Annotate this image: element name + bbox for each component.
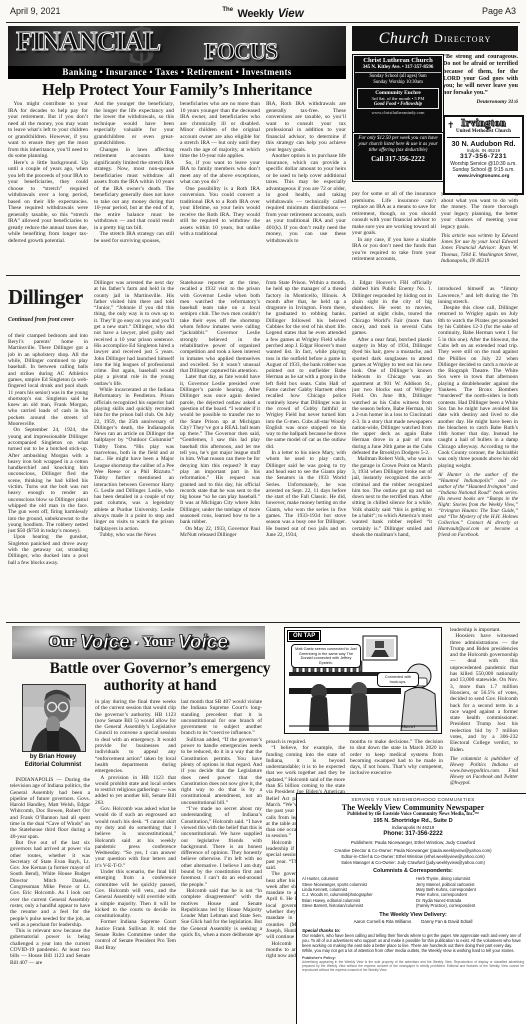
financial-article-columns: You might contribute to your IRA for dec… <box>8 101 346 271</box>
section-divider <box>6 622 520 623</box>
article-column: pay for some or all of the insurance pre… <box>352 191 436 271</box>
church-website: www.christlutheranindy.com <box>355 110 441 116</box>
article-text: introduced himself as “Jimmy Lawrence,” … <box>438 286 518 468</box>
columnists-header: Columnists & Correspondents: <box>302 868 524 875</box>
our-voice-banner: Our Voice • Your Voice <box>12 626 265 659</box>
article-column: beneficiaries who are no more than 10 ye… <box>180 101 260 271</box>
church-address: 30 N. Audubon Rd. <box>446 140 521 148</box>
article-column-first: Dillinger Continued from front cover of … <box>8 280 88 620</box>
policy-text: Advertising appearing in the Weekly View… <box>302 960 524 972</box>
church-directory-header: Church Directory <box>352 26 518 51</box>
church-phone: 317-356-7231 <box>446 153 521 161</box>
masthead-view: View <box>278 8 304 20</box>
article-column: you may want to start thinking about wha… <box>441 191 518 230</box>
newspaper-title: The Weekly View Community Newspaper <box>302 803 524 812</box>
masthead-info-box: SERVING YOUR NEIGHBORHOOD COMMUNITIES Th… <box>296 793 526 1024</box>
article-text: leadership is important. Hoosiers have w… <box>450 627 518 753</box>
article-column: And the younger the beneficiary, the lon… <box>94 101 174 271</box>
newspaper-masthead: The Weekly View <box>0 4 526 22</box>
scripture-citation: Deuteronomy 31:6 <box>443 99 518 105</box>
columnists-left: Al Hunter, columnist Steve Nicewanger, s… <box>302 876 410 908</box>
section-divider <box>6 275 520 276</box>
financial-focus-banner: FINANCIAL FOCUS <box>8 26 346 66</box>
newspaper-page: April 9, 2021 The Weekly View Page A3 FI… <box>0 0 526 1024</box>
staff-line: Sales Manager & Co-Owner: Judy Crawford … <box>302 860 524 866</box>
euchre-box: Community Euchre 3rd Sat. of the month •… <box>357 88 439 109</box>
columnist-bio: The columnist is publisher of Howey Poli… <box>450 756 518 786</box>
masthead-weekly: Weekly <box>237 8 273 20</box>
euchre-tagline: Good Food • Fellowship <box>358 102 438 108</box>
office-address: 195 N. Shortridge Rd., Suite D <box>302 818 524 825</box>
dillinger-headline: Dillinger <box>8 286 88 308</box>
banner-our: Our <box>49 634 76 651</box>
church-listing-ad: For only $12.50 per week you can have yo… <box>352 132 444 182</box>
financial-topics-bar: Banking • Insurance • Taxes • Retirement… <box>8 66 346 79</box>
thanks-text: Our readers, who have been calling and t… <box>302 933 524 953</box>
church-schedule: Sunday School @ 9:15 a.m. <box>446 167 521 173</box>
article-text: months to make decisions.” The decision … <box>350 739 443 789</box>
banner-your: Your <box>142 634 174 651</box>
christ-lutheran-ad: Christ Lutheran Church 345 N. Kitley Ave… <box>352 54 444 134</box>
delivery-name: Danny Fan & David Edsall <box>421 919 472 925</box>
voice-column: INDIANAPOLIS — During the television age… <box>10 777 90 1020</box>
article-column: IRA, Roth IRA withdrawals are generally … <box>266 101 346 271</box>
voice-column: months to make decisions.” The decision … <box>350 739 443 789</box>
columnist-photo <box>22 684 86 752</box>
publishers-line: Publishers: Paula Nicewanger, Ethel Wins… <box>302 840 524 846</box>
church-website: www.irvingtonumc.org <box>446 174 521 181</box>
brian-howey-portrait <box>23 685 85 751</box>
columnist: Steve Barnett, historian/columnist <box>302 903 410 908</box>
listing-ad-text: For only $12.50 per week you can have yo… <box>355 135 441 155</box>
byline: by Brian Howey <box>10 753 96 761</box>
photo-caption: by Brian Howey Editorial Columnist <box>10 753 96 768</box>
headline-line1: Battle over Governor’s emergency <box>10 661 310 678</box>
scripture-text: “Be strong and courageous. Do not be afr… <box>443 54 518 98</box>
cartoon-title: ON TAP <box>288 631 320 641</box>
masthead-the: The <box>222 7 233 13</box>
church-header-word1: Church <box>379 30 429 48</box>
editorial-cartoon: ON TAP Matt Gaetz seems connected to Joe… <box>284 627 442 734</box>
article-text: of their cramped bedroom and into Beryl’… <box>8 333 88 566</box>
page-number: Page A3 <box>482 6 516 16</box>
church-name: Christ Lutheran Church <box>355 57 441 65</box>
continued-from-front: Continued from front cover <box>8 317 88 324</box>
scripture-block: “Be strong and courageous. Do not be afr… <box>443 54 518 112</box>
voice-column: in play during the final three weeks of … <box>95 699 176 1020</box>
article-attribution: This article was written by Edward Jones… <box>441 233 518 264</box>
author-bio: Al Hunter is the author of the “Haunted … <box>438 472 518 538</box>
church-address: 345 N. Kitley Ave. • 317-357-8596 <box>355 65 441 74</box>
byline-title: Editorial Columnist <box>10 761 96 769</box>
article-column-last: you may want to start thinking about wha… <box>441 191 518 271</box>
article-column: J. Edgar Hoover’s FBI officially dubbed … <box>352 280 432 620</box>
header-rule <box>6 22 520 23</box>
financial-headline: Help Protect Your Family’s Inheritance <box>8 80 346 100</box>
delivery-header: The Weekly View Delivery: <box>302 912 524 919</box>
speech-bubble: Matt Gaetz seems connected to Joel Green… <box>291 644 361 668</box>
article-column-last: introduced himself as “Jimmy Lawrence,” … <box>438 280 518 620</box>
delivery-name: Aaron Cornell & Rita Williams <box>354 919 412 925</box>
banner-voice1: Voice <box>80 632 130 654</box>
dillinger-article: Dillinger Continued from front cover of … <box>8 280 518 620</box>
banner-word-focus: FOCUS <box>204 39 277 65</box>
banner-bullet: • <box>134 635 139 651</box>
banner-word-financial: FINANCIAL <box>16 26 160 57</box>
listing-ad-phone: Call 317-356-2222 <box>355 155 441 164</box>
speech-bubble: Connected with hook-ups. <box>377 672 419 687</box>
article-text: in play during the final three weeks of … <box>95 699 176 1020</box>
irvington-umc-ad: ✝ Irvington United Methodist Church 30 N… <box>443 115 524 195</box>
church-schedule: Sunday Worship 10:30am <box>355 80 441 86</box>
cross-icon: ✝ <box>447 120 455 131</box>
office-phone: Phone: 317-356-2222 <box>302 830 524 838</box>
church-header-word2: Directory <box>434 31 491 46</box>
church-name: Irvington <box>446 119 521 129</box>
cartoonist-signature: Mannel <box>401 724 415 729</box>
article-column: from State Prison. Within a month, he he… <box>266 280 346 620</box>
church-subname: United Methodist Church <box>447 129 520 138</box>
article-text: last month that SB 407 would violate the… <box>181 699 262 1020</box>
columnists-list: Al Hunter, columnist Steve Nicewanger, s… <box>302 876 524 908</box>
voice-column-last: leadership is important. Hoosiers have w… <box>450 627 518 790</box>
voice-column: last month that SB 407 would violate the… <box>181 699 262 1020</box>
article-column: Statehouse reporter at the time, recalle… <box>180 280 260 620</box>
columnist: (Family Practice), correspondent <box>416 903 524 908</box>
article-column: Dillinger was arrested the next day at h… <box>94 280 174 620</box>
article-text: INDIANAPOLIS — During the television age… <box>10 777 90 1020</box>
banner-voice2: Voice <box>178 632 228 654</box>
delivery-names: Aaron Cornell & Rita Williams Danny Fan … <box>302 919 524 925</box>
columnists-right: Herb Thyme, dining columnist Jerry Manne… <box>416 876 524 908</box>
article-column: You might contribute to your IRA for dec… <box>8 101 88 271</box>
